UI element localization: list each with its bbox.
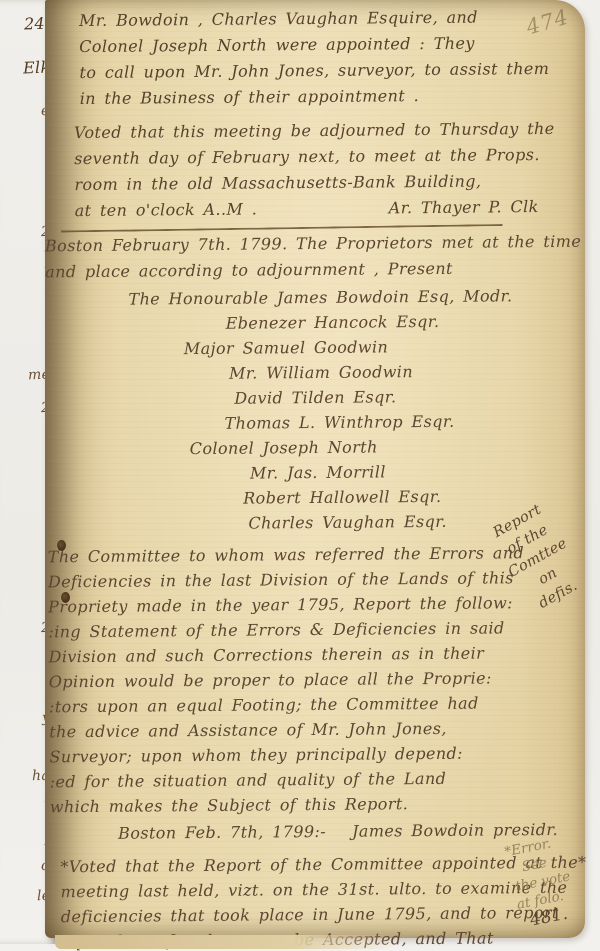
text-line: which makes the Subject of this Report. — [50, 790, 578, 820]
clerk-signature: Ar. Thayer P. Clk — [389, 194, 539, 221]
paragraph-meeting-opening: Boston February 7th. 1799. The Proprieto… — [45, 229, 573, 286]
manuscript-page: 474 Mr. Bowdoin , Charles Vaughan Esquir… — [45, 0, 585, 938]
paragraph-committee-report: The Committee to whom was referred the E… — [48, 540, 578, 820]
paragraph-adjournment: Voted that this meeting be adjourned to … — [74, 116, 573, 224]
dateline-place-date: Boston Feb. 7th, 1799:- — [118, 819, 326, 847]
attendee-name: Major Samuel Goodwin — [184, 333, 574, 361]
attendee-name: Ebenezer Hancock Esqr. — [226, 308, 574, 336]
attendee-name: Colonel Joseph North — [190, 433, 575, 461]
attendee-name: Thomas L. Winthrop Esqr. — [224, 408, 574, 436]
text-line: to call upon Mr. John Jones, surveyor, t… — [79, 56, 571, 86]
text-line: and place according to adjournment , Pre… — [45, 255, 573, 286]
text-line: Boston February 7th. 1799. The Proprieto… — [45, 229, 573, 260]
attendee-list: The Honourable James Bowdoin Esq, Modr. … — [81, 283, 575, 537]
text-line: seventh day of February next, to meet at… — [74, 142, 572, 172]
attendee-name: Mr. William Goodwin — [229, 358, 574, 386]
manuscript-scan: 24. Elk e 2 t me 2 2 y ha t f o le 474 M… — [0, 0, 600, 951]
under-page-edge — [55, 935, 395, 949]
text-line: at ten o'clock A..M . — [75, 196, 258, 224]
attendee-name: Mr. Jas. Morrill — [250, 458, 575, 486]
paragraph-appointment: Mr. Bowdoin , Charles Vaughan Esquire, a… — [79, 4, 572, 112]
text-line: :ing Statement of the Errors & Deficienc… — [48, 615, 576, 645]
text-line: deficiencies that took place in June 179… — [61, 900, 579, 930]
attendee-name: David Tilden Esqr. — [234, 383, 574, 411]
attendee-name: The Honourable James Bowdoin Esq, Modr. — [128, 283, 573, 312]
report-dateline: Boston Feb. 7th, 1799:- James Bowdoin pr… — [50, 817, 578, 848]
page-content: Mr. Bowdoin , Charles Vaughan Esquire, a… — [41, 0, 589, 951]
text-line: in the Business of their appointment . — [80, 82, 572, 112]
